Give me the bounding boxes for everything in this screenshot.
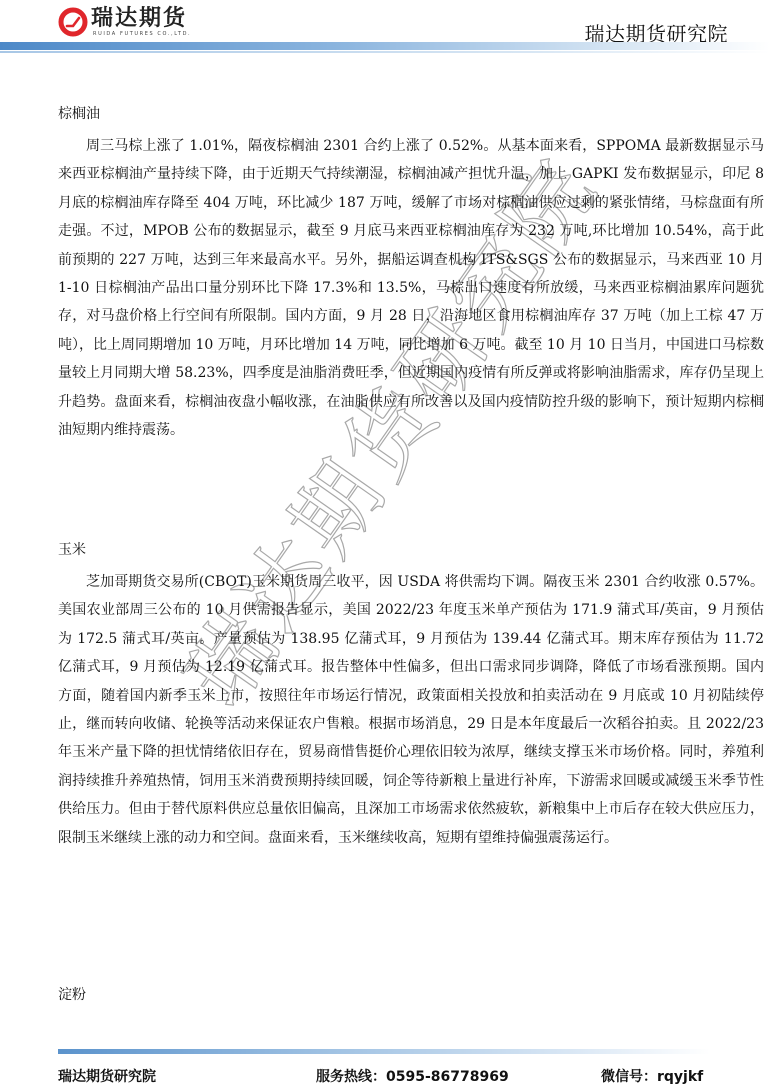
section-title: 棕榈油: [58, 104, 764, 124]
header-divider-line: [0, 51, 770, 53]
footer-wechat: 微信号：rqyjkf: [601, 1066, 703, 1086]
ruida-logo-icon: [58, 7, 88, 37]
footer-hotline: 服务热线：0595-86778969: [316, 1066, 509, 1086]
footer-org-name: 瑞达期货研究院: [58, 1066, 156, 1086]
section-starch: 淀粉: [58, 985, 764, 1005]
section-paragraph: 周三马棕上涨了 1.01%，隔夜棕榈油 2301 合约上涨了 0.52%。从基本…: [58, 132, 764, 444]
section-paragraph: 芝加哥期货交易所(CBOT)玉米期货周三收平，因 USDA 将供需均下调。隔夜玉…: [58, 568, 764, 852]
section-title: 玉米: [58, 540, 764, 560]
logo-chinese-name: 瑞达期货: [91, 7, 191, 31]
logo-english-name: RUIDA FUTURES CO.,LTD.: [93, 31, 191, 38]
section-corn: 玉米 芝加哥期货交易所(CBOT)玉米期货周三收平，因 USDA 将供需均下调。…: [58, 540, 764, 852]
footer-divider-bar: [58, 1049, 710, 1054]
page-footer: 瑞达期货研究院 服务热线：0595-86778969 微信号：rqyjkf: [58, 1066, 708, 1086]
section-title: 淀粉: [58, 985, 764, 1005]
company-logo: 瑞达期货 RUIDA FUTURES CO.,LTD.: [58, 4, 191, 40]
page-header: 瑞达期货 RUIDA FUTURES CO.,LTD. 瑞达期货研究院: [0, 0, 770, 55]
section-palm-oil: 棕榈油 周三马棕上涨了 1.01%，隔夜棕榈油 2301 合约上涨了 0.52%…: [58, 104, 764, 444]
header-divider-bar: [0, 42, 770, 50]
